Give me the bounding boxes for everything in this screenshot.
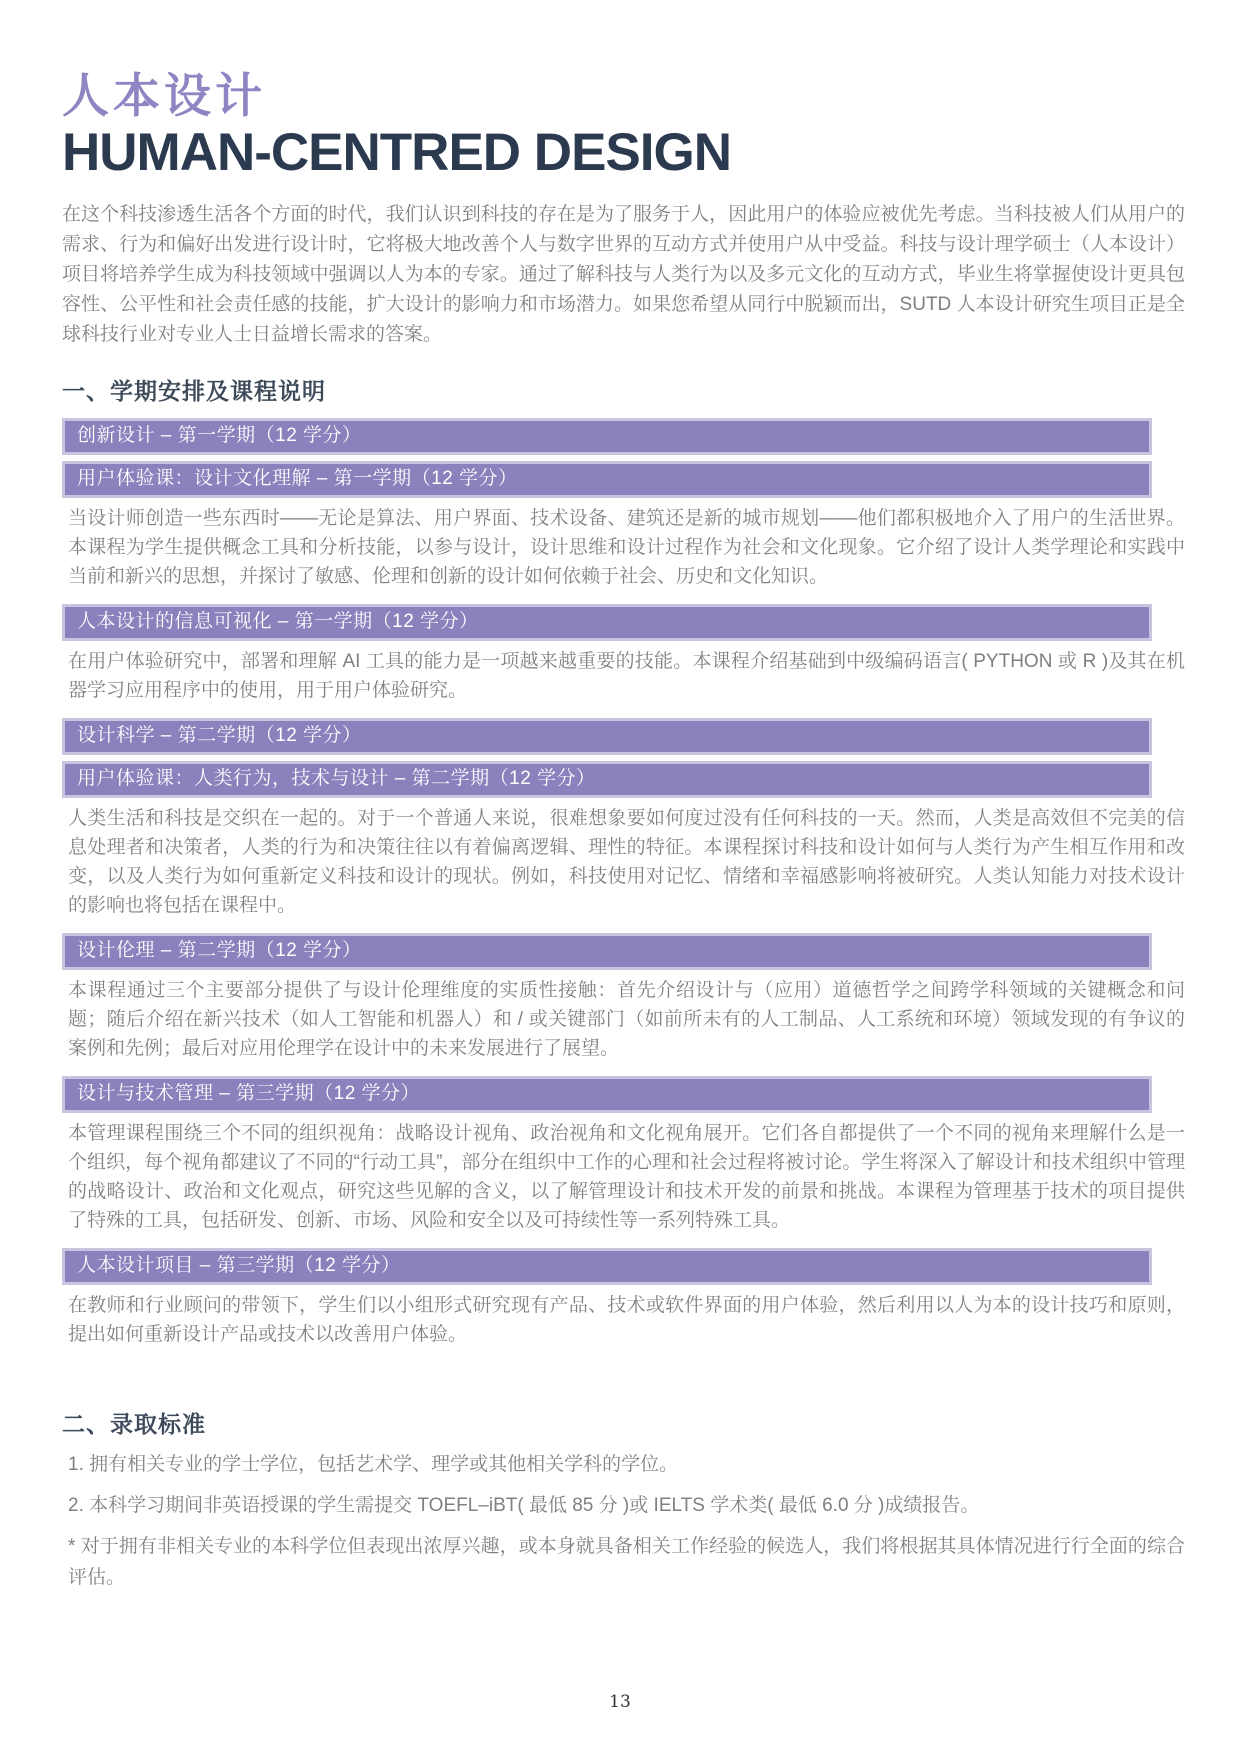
course-banner-label: 用户体验课：人类行为，技术与设计 – 第二学期（12 学分） [77, 768, 596, 789]
course-item: 创新设计 – 第一学期（12 学分） [62, 418, 1185, 455]
section-curriculum: 一、学期安排及课程说明 创新设计 – 第一学期（12 学分） 用户体验课：设计文… [62, 376, 1185, 1349]
course-banner-label: 设计伦理 – 第二学期（12 学分） [77, 940, 362, 961]
course-banner: 用户体验课：人类行为，技术与设计 – 第二学期（12 学分） [62, 761, 1152, 798]
course-banner-label: 人本设计的信息可视化 – 第一学期（12 学分） [77, 611, 479, 632]
course-description: 人类生活和科技是交织在一起的。对于一个普通人来说，很难想象要如何度过没有任何科技… [68, 804, 1185, 920]
course-item: 设计与技术管理 – 第三学期（12 学分） 本管理课程围绕三个不同的组织视角：战… [62, 1076, 1185, 1235]
course-banner-label: 设计科学 – 第二学期（12 学分） [77, 725, 362, 746]
course-banner: 人本设计的信息可视化 – 第一学期（12 学分） [62, 604, 1152, 641]
course-item: 人本设计的信息可视化 – 第一学期（12 学分） 在用户体验研究中，部署和理解 … [62, 604, 1185, 705]
page-title-english: HUMAN-CENTRED DESIGN [62, 124, 1185, 182]
course-banner-label: 用户体验课：设计文化理解 – 第一学期（12 学分） [77, 468, 518, 489]
course-banner: 设计科学 – 第二学期（12 学分） [62, 718, 1152, 755]
course-item: 人本设计项目 – 第三学期（12 学分） 在教师和行业顾问的带领下，学生们以小组… [62, 1248, 1185, 1349]
course-description: 在用户体验研究中，部署和理解 AI 工具的能力是一项越来越重要的技能。本课程介绍… [68, 647, 1185, 705]
course-banner-label: 创新设计 – 第一学期（12 学分） [77, 425, 362, 446]
course-description: 当设计师创造一些东西时——无论是算法、用户界面、技术设备、建筑还是新的城市规划—… [68, 504, 1185, 591]
section-admission: 二、录取标准 1. 拥有相关专业的学士学位，包括艺术学、理学或其他相关学科的学位… [62, 1409, 1185, 1593]
course-banner-label: 设计与技术管理 – 第三学期（12 学分） [77, 1083, 420, 1104]
course-item: 用户体验课：设计文化理解 – 第一学期（12 学分） 当设计师创造一些东西时——… [62, 461, 1185, 591]
course-banner: 设计与技术管理 – 第三学期（12 学分） [62, 1076, 1152, 1113]
page-number: 13 [0, 1692, 1240, 1712]
course-banner-label: 人本设计项目 – 第三学期（12 学分） [77, 1255, 401, 1276]
course-description: 在教师和行业顾问的带领下，学生们以小组形式研究现有产品、技术或软件界面的用户体验… [68, 1291, 1185, 1349]
document-page: 人本设计 HUMAN-CENTRED DESIGN 在这个科技渗透生活各个方面的… [0, 0, 1240, 1754]
admission-item: 1. 拥有相关专业的学士学位，包括艺术学、理学或其他相关学科的学位。 [68, 1449, 1185, 1480]
intro-paragraph: 在这个科技渗透生活各个方面的时代，我们认识到科技的存在是为了服务于人，因此用户的… [62, 200, 1185, 350]
course-item: 设计伦理 – 第二学期（12 学分） 本课程通过三个主要部分提供了与设计伦理维度… [62, 933, 1185, 1063]
admission-item: * 对于拥有非相关专业的本科学位但表现出浓厚兴趣，或本身就具备相关工作经验的候选… [68, 1531, 1185, 1593]
admission-item: 2. 本科学习期间非英语授课的学生需提交 TOEFL–iBT( 最低 85 分 … [68, 1490, 1185, 1521]
course-description: 本课程通过三个主要部分提供了与设计伦理维度的实质性接触：首先介绍设计与（应用）道… [68, 976, 1185, 1063]
course-list: 创新设计 – 第一学期（12 学分） 用户体验课：设计文化理解 – 第一学期（1… [62, 418, 1185, 1349]
curriculum-section-heading: 一、学期安排及课程说明 [62, 376, 1185, 406]
course-banner: 用户体验课：设计文化理解 – 第一学期（12 学分） [62, 461, 1152, 498]
course-description: 本管理课程围绕三个不同的组织视角：战略设计视角、政治视角和文化视角展开。它们各自… [68, 1119, 1185, 1235]
course-banner: 人本设计项目 – 第三学期（12 学分） [62, 1248, 1152, 1285]
course-banner: 创新设计 – 第一学期（12 学分） [62, 418, 1152, 455]
course-banner: 设计伦理 – 第二学期（12 学分） [62, 933, 1152, 970]
course-item: 用户体验课：人类行为，技术与设计 – 第二学期（12 学分） 人类生活和科技是交… [62, 761, 1185, 920]
admission-section-heading: 二、录取标准 [62, 1409, 1185, 1439]
page-title-chinese: 人本设计 [62, 68, 1185, 124]
course-item: 设计科学 – 第二学期（12 学分） [62, 718, 1185, 755]
